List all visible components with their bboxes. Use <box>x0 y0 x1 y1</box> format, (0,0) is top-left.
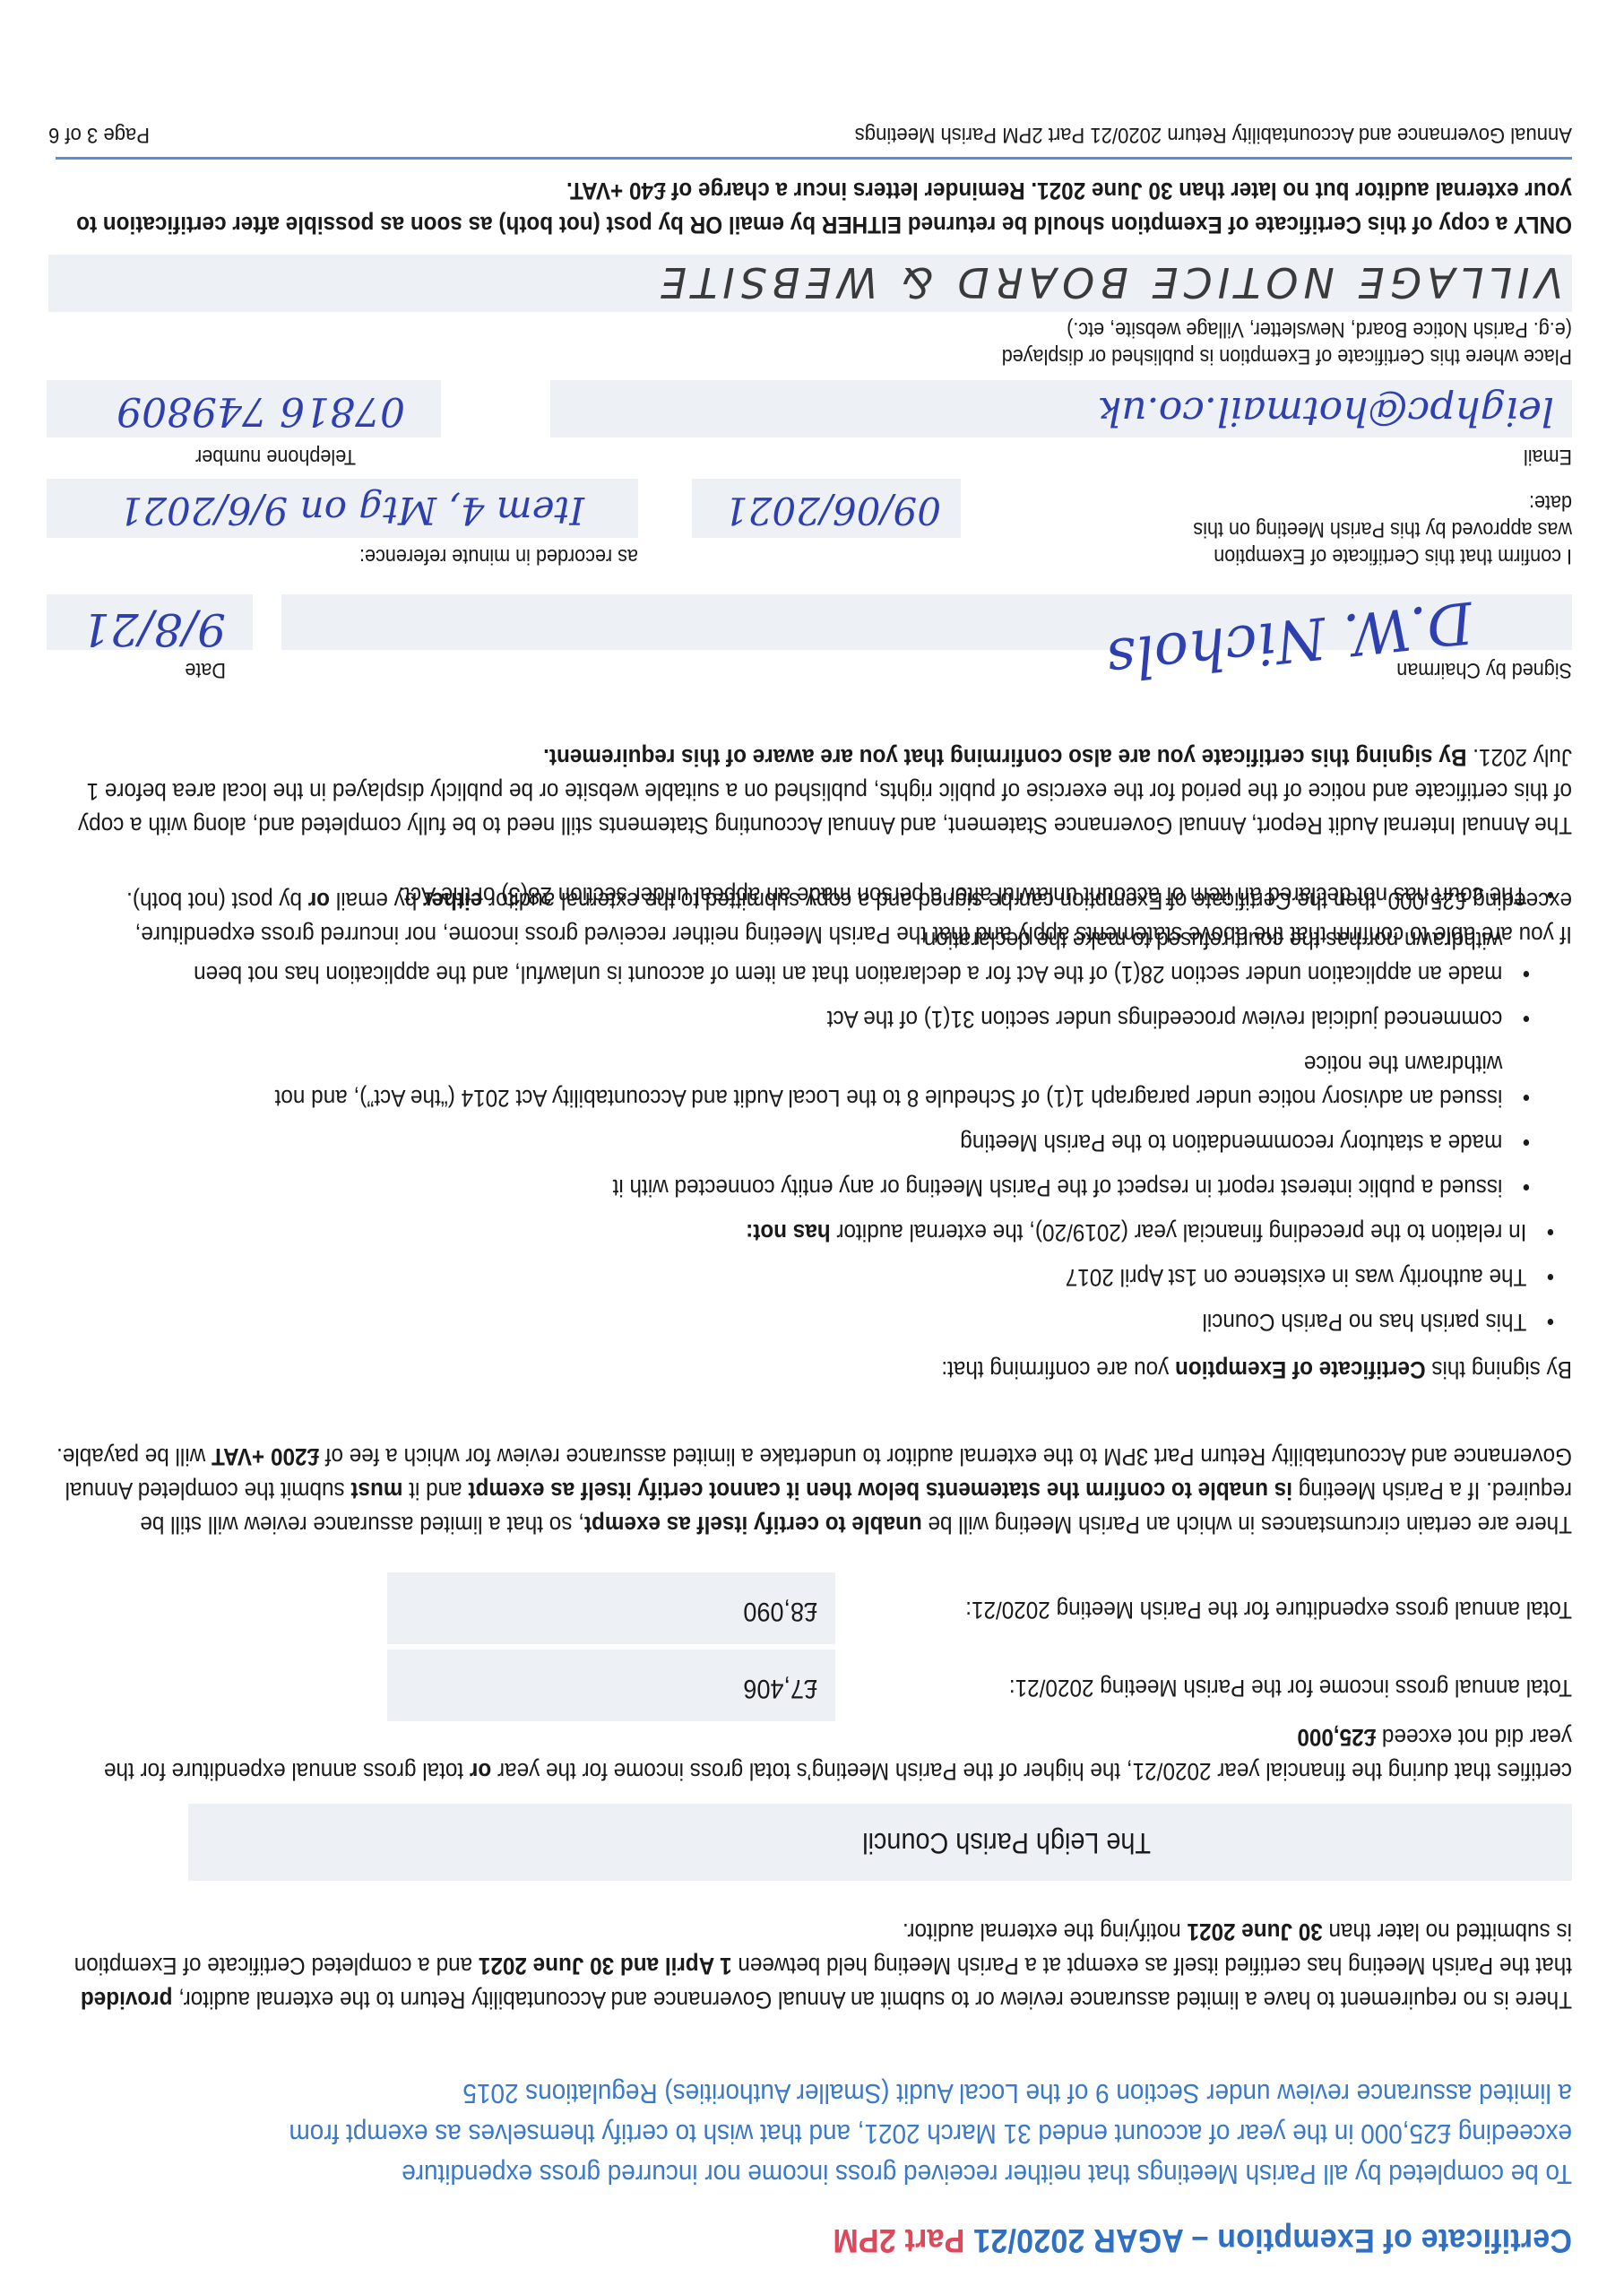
title-part: Part 2PM <box>833 2222 964 2259</box>
certifies-paragraph: certifies that during the financial year… <box>56 1720 1572 1788</box>
sub-bullet-item: made a statutory recommendation to the P… <box>62 1126 1554 1160</box>
telephone-field[interactable]: 07816 749809 <box>47 380 441 437</box>
publication-value: VILLAGE NOTICE BOARD & WEBSITE <box>655 258 1563 307</box>
parish-name-field[interactable]: The Leigh Parish Council <box>188 1804 1572 1881</box>
no-requirement-paragraph: There is no requirement to have a limite… <box>56 1915 1572 2017</box>
date-label: Date <box>185 656 226 683</box>
expenditure-field[interactable]: £8,090 <box>387 1572 835 1644</box>
signed-by-label: Signed by Chairman <box>1396 656 1572 683</box>
intro-paragraph: To be completed by all Parish Meetings t… <box>281 2074 1572 2195</box>
sub-bullet-item: issued a public interest report in respe… <box>62 1171 1554 1205</box>
signing-intro: By signing this Certificate of Exemption… <box>941 1353 1572 1387</box>
able-to-confirm-paragraph: If you are able to confirm that the abov… <box>56 884 1572 952</box>
bullet-item: The authority was in existence on 1st Ap… <box>62 1260 1554 1295</box>
signature-date-value: 9/8/21 <box>82 603 226 655</box>
telephone-value: 07816 749809 <box>117 388 405 434</box>
page-number: Page 3 of 6 <box>48 122 150 147</box>
title-main: Certificate of Exemption – AGAR 2020/21 <box>973 2222 1572 2259</box>
parish-name-value: The Leigh Parish Council <box>862 1826 1151 1859</box>
page-title: Certificate of Exemption – AGAR 2020/21 … <box>833 2221 1572 2259</box>
publication-example: (e.g. Parish Notice Board, Newsletter, V… <box>1067 316 1572 342</box>
publication-field[interactable]: VILLAGE NOTICE BOARD & WEBSITE <box>48 255 1572 312</box>
minute-reference-field[interactable]: Item 4, Mtg on 9/6/2021 <box>47 479 638 538</box>
signature-field[interactable]: D.W. Nichols <box>281 594 1572 650</box>
income-label: Total annual gross income for the Parish… <box>1009 1671 1572 1705</box>
sub-bullet-item: commenced judicial review proceedings un… <box>62 1002 1554 1036</box>
return-notice: ONLY a copy of this Certificate of Exemp… <box>56 174 1572 242</box>
bullet-item: This parish has no Parish Council <box>62 1305 1554 1339</box>
approval-date-field[interactable]: 09/06/2021 <box>692 479 961 538</box>
telephone-label: Telephone number <box>195 443 356 470</box>
signature-date-field[interactable]: 9/8/21 <box>47 594 253 650</box>
expenditure-value: £8,090 <box>743 1596 817 1626</box>
internal-audit-paragraph: The Annual Internal Audit Report, Annual… <box>56 740 1572 843</box>
sub-bullet-item: issued an advisory notice under paragrap… <box>195 1047 1554 1115</box>
footer-title: Annual Governance and Accountability Ret… <box>855 122 1572 147</box>
bullet-item-auditor: In relation to the preceding financial y… <box>62 1216 1554 1250</box>
certificate-page: Certificate of Exemption – AGAR 2020/21 … <box>0 0 1624 2295</box>
email-label: Email <box>1524 443 1572 470</box>
income-value: £7,406 <box>743 1673 817 1703</box>
expenditure-label: Total annual gross expenditure for the P… <box>965 1593 1572 1627</box>
minute-reference-value: Item 4, Mtg on 9/6/2021 <box>119 489 584 533</box>
publication-label: Place where this Certificate of Exemptio… <box>1002 342 1572 369</box>
approval-date-value: 09/06/2021 <box>724 489 941 533</box>
email-field[interactable]: leighpc@hotmail.co.uk <box>550 380 1572 437</box>
approval-label: I confirm that this Certificate of Exemp… <box>1193 489 1572 569</box>
income-field[interactable]: £7,406 <box>387 1650 835 1721</box>
email-value: leighpc@hotmail.co.uk <box>1098 388 1554 434</box>
circumstances-paragraph: There are certain circumstances in which… <box>56 1440 1572 1542</box>
minute-reference-label: as recorded in minute reference: <box>359 542 638 569</box>
footer-rule <box>56 157 1572 160</box>
